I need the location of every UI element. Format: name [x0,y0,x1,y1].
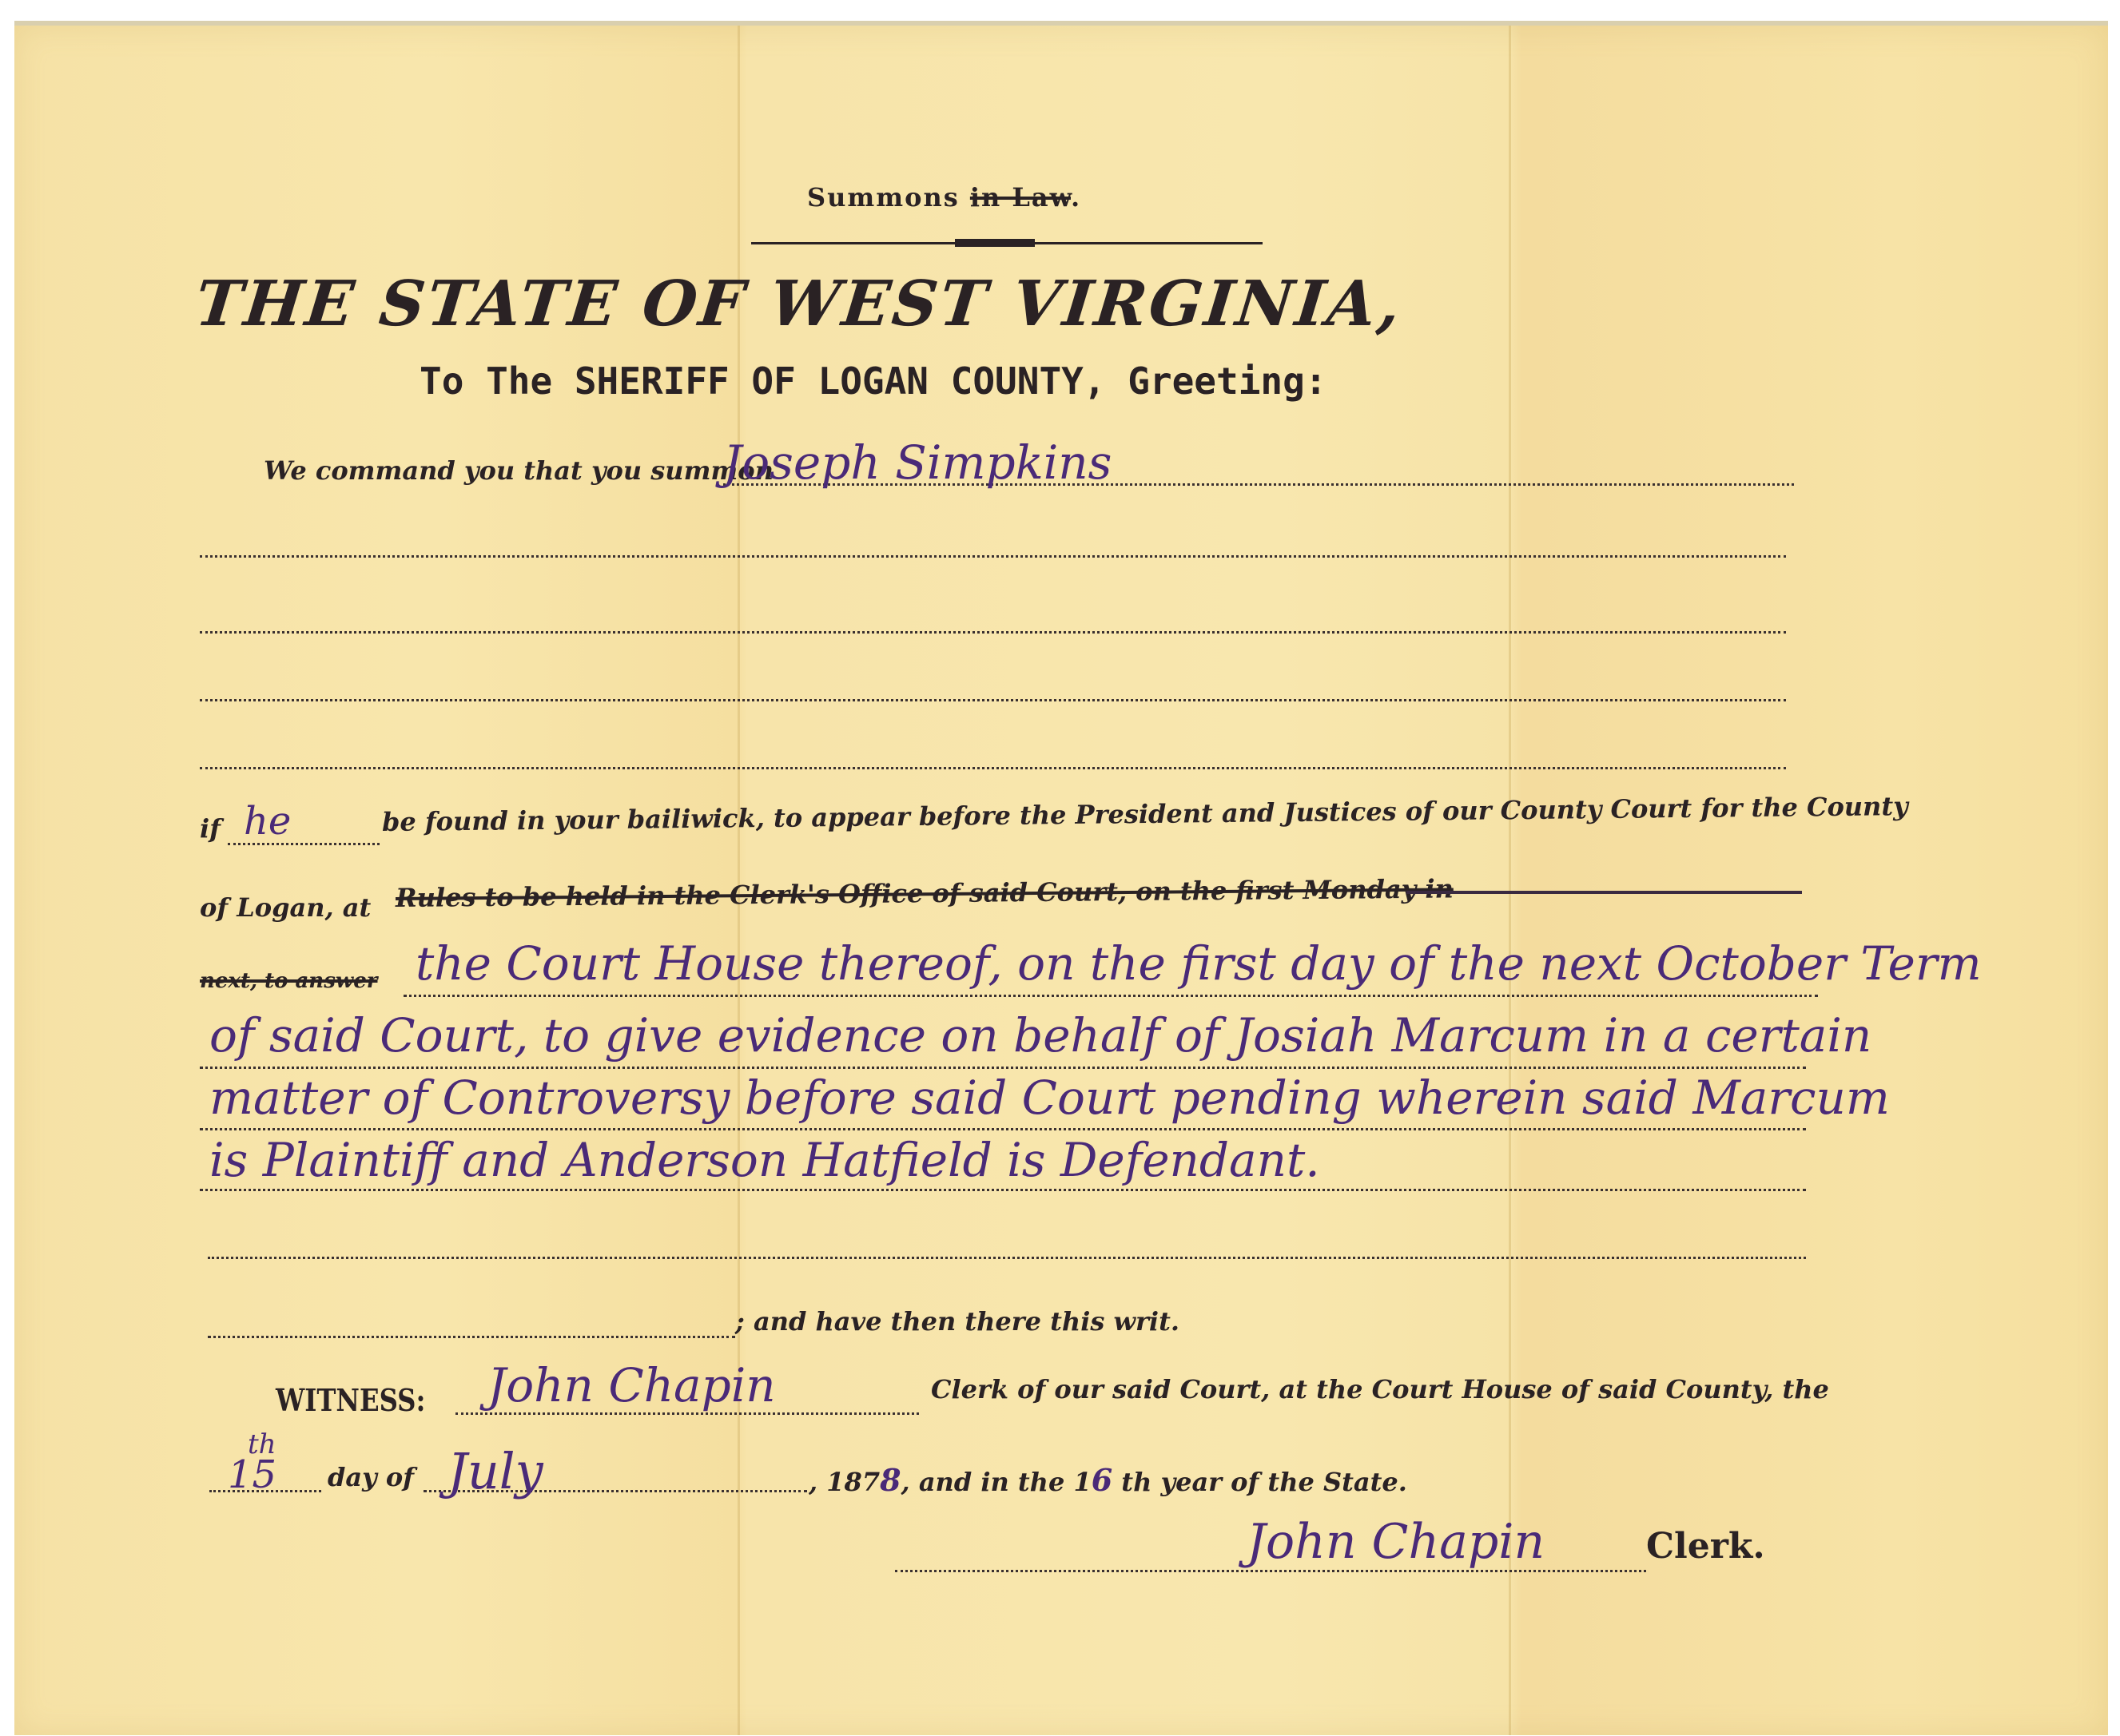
handwritten-line-1: the Court House thereof, on the first da… [416,936,1982,991]
year-line: , 1878, and in the 16 th year of the Sta… [809,1462,1407,1498]
greeting-line: To The SHERIFF OF LOGAN COUNTY, Greeting… [420,360,1326,403]
strike-line [1406,891,1802,894]
witness-label: WITNESS: [276,1382,425,1418]
fold-line-right [1509,26,1511,1735]
heading-rule-ornament [955,239,1035,247]
writ-blank-line [208,1336,735,1338]
state-year-digit: 6 [1092,1462,1112,1498]
year-digit: 8 [880,1462,901,1498]
blank-line-3 [200,699,1786,701]
witness-suffix: Clerk of our said Court, at the Court Ho… [931,1374,1829,1404]
hand-line-4-rule [200,1189,1806,1191]
blank-line-1 [200,555,1786,558]
clerk-signature-line [895,1570,1646,1572]
state-year-text-a: , and in the 1 [901,1467,1092,1497]
of-logan-prefix: of Logan, at [200,892,371,923]
hand-line-3-rule [200,1128,1806,1130]
state-year-text-b: th year of the State. [1121,1467,1407,1497]
witness-name: John Chapin [487,1358,776,1412]
clerk-signature: John Chapin [1247,1514,1545,1570]
month-value: July [447,1442,543,1500]
hand-line-2-rule [200,1067,1806,1069]
struck-next-text: next, to answer [200,969,377,993]
witness-blank-line [455,1412,919,1415]
form-type-heading: Summons in Law. [807,182,1081,213]
year-prefix: , 187 [809,1467,880,1497]
document-title: THE STATE OF WEST VIRGINIA, [192,268,1406,340]
form-type: Summons [807,182,960,213]
handwritten-line-2: of said Court, to give evidence on behal… [209,1008,1871,1063]
blank-line-4 [200,767,1786,769]
hand-line-1-rule [404,995,1818,997]
form-type-struck: in Law [970,182,1071,213]
handwritten-line-3: matter of Controversy before said Court … [209,1071,1890,1125]
day-of-label: day of [328,1462,414,1492]
command-prefix: We command you that you summon [264,455,774,486]
handwritten-line-4: is Plaintiff and Anderson Hatfield is De… [209,1133,1320,1187]
day-ordinal: th [248,1428,276,1460]
summoned-name: Joseph Simpkins [723,435,1112,490]
blank-line-2 [200,631,1786,634]
clerk-label: Clerk. [1646,1526,1765,1567]
if-prefix: if [200,813,221,844]
writ-text: ; and have then there this writ. [735,1306,1179,1337]
blank-line-5 [208,1257,1806,1259]
pronoun-value: he [244,799,291,844]
